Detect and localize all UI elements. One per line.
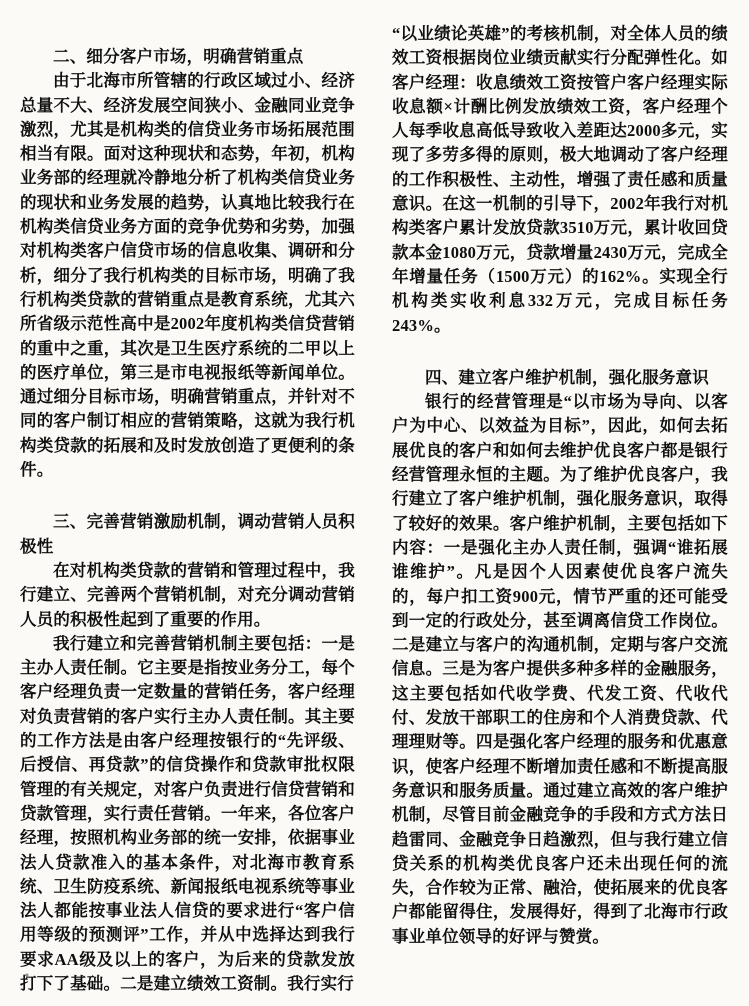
section-4-paragraph-1: 银行的经营管理是“以市场为导向、以客户为中心、以效益为目标”，因此，如何去拓展优… [392,390,728,949]
section-4-heading: 四、建立客户维护机制，强化服务意识 [392,366,728,390]
section-3-paragraph-2: 我行建立和完善营销机制主要包括：一是主办人责任制。它主要是指按业务分工，每个客户… [20,632,355,996]
section-2-heading: 二、细分客户市场，明确营销重点 [20,45,355,69]
left-column: 二、细分客户市场，明确营销重点 由于北海市所管辖的行政区域过小、经济总量不大、经… [20,45,355,996]
section-3-paragraph-2-continued: “以业绩论英雄”的考核机制，对全体人员的绩效工资根据岗位业绩贡献实行分配弹性化。… [392,22,728,338]
section-2-paragraph-1: 由于北海市所管辖的行政区域过小、经济总量不大、经济发展空间狭小、金融同业竞争激烈… [20,69,355,482]
section-3-heading: 三、完善营销激励机制，调动营销人员积极性 [20,510,355,559]
right-column: “以业绩论英雄”的考核机制，对全体人员的绩效工资根据岗位业绩贡献实行分配弹性化。… [392,22,728,949]
section-3-paragraph-1: 在对机构类贷款的营销和管理过程中，我行建立、完善两个营销机制，对充分调动营销人员… [20,559,355,632]
scanned-document-page: 二、细分客户市场，明确营销重点 由于北海市所管辖的行政区域过小、经济总量不大、经… [0,0,749,1006]
